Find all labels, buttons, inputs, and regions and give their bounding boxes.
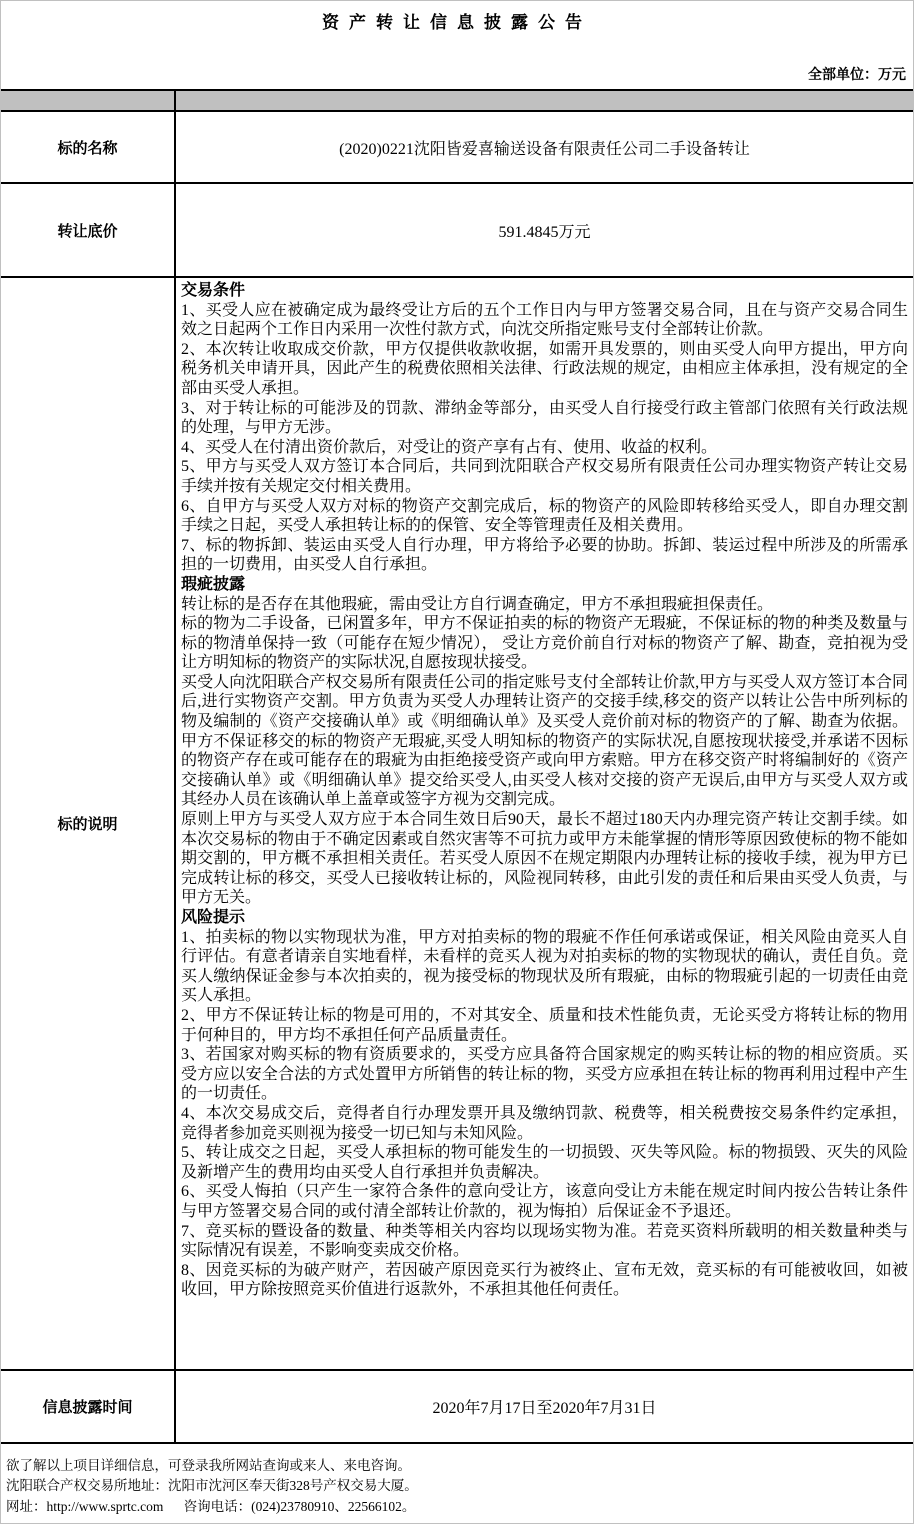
- units-note: 全部单位：万元: [808, 64, 906, 84]
- paragraph: 原则上甲方与买受人双方应于本合同生效日后90天，最长不超过180天内办理完资产转…: [181, 810, 908, 908]
- paragraph: 3、对于转让标的可能涉及的罚款、滞纳金等部分，由买受人自行接受行政主管部门依照有…: [181, 399, 908, 438]
- paragraph: 3、若国家对购买标的物有资质要求的，买受方应具备符合国家规定的购买转让标的物的相…: [181, 1045, 908, 1104]
- header-label-cell: [1, 91, 176, 110]
- announcement-page: 资产转让信息披露公告 全部单位：万元 标的名称 (2020)0221沈阳皆爱喜输…: [0, 0, 914, 1524]
- footer-line-website-phone: 网址：http://www.sprtc.com 咨询电话：(024)237809…: [6, 1497, 908, 1517]
- paragraph: 6、自甲方与买受人双方对标的物资产交割完成后，标的物资产的风险即转移给买受人，即…: [181, 497, 908, 536]
- base-price-label: 转让底价: [1, 184, 176, 276]
- paragraph: 1、买受人应在被确定成为最终受让方后的五个工作日内与甲方签署交易合同，且在与资产…: [181, 301, 908, 340]
- document-header: 资产转让信息披露公告 全部单位：万元: [1, 1, 913, 89]
- subject-description-label: 标的说明: [1, 278, 176, 1369]
- section-heading-risk-notice: 风险提示: [181, 908, 908, 928]
- subject-name-value: (2020)0221沈阳皆爱喜输送设备有限责任公司二手设备转让: [176, 112, 913, 182]
- document-footer: 欲了解以上项目详细信息，可登录我所网站查询或来人、来电咨询。 沈阳联合产权交易所…: [1, 1444, 913, 1523]
- header-value-cell: [176, 91, 913, 110]
- paragraph: 5、转让成交之日起，买受人承担标的物可能发生的一切损毁、灭失等风险。标的物损毁、…: [181, 1143, 908, 1182]
- base-price-value: 591.4845万元: [176, 184, 913, 276]
- table-row-subject-description: 标的说明 交易条件 1、买受人应在被确定成为最终受让方后的五个工作日内与甲方签署…: [1, 278, 913, 1371]
- paragraph: 标的物为二手设备，已闲置多年，甲方不保证拍卖的标的物资产无瑕疵，不保证标的物的种…: [181, 614, 908, 673]
- disclosure-period-label: 信息披露时间: [1, 1371, 176, 1442]
- disclosure-table: 标的名称 (2020)0221沈阳皆爱喜输送设备有限责任公司二手设备转让 转让底…: [1, 89, 913, 1444]
- paragraph: 2、本次转让收取成交价款，甲方仅提供收款收据，如需开具发票的，则由买受人向甲方提…: [181, 340, 908, 399]
- paragraph: 买受人向沈阳联合产权交易所有限责任公司的指定账号支付全部转让价款,甲方与买受人双…: [181, 673, 908, 810]
- table-row-subject-name: 标的名称 (2020)0221沈阳皆爱喜输送设备有限责任公司二手设备转让: [1, 112, 913, 184]
- disclosure-period-value: 2020年7月17日至2020年7月31日: [176, 1371, 913, 1442]
- footer-line-contact-note: 欲了解以上项目详细信息，可登录我所网站查询或来人、来电咨询。: [6, 1456, 908, 1476]
- subject-name-label: 标的名称: [1, 112, 176, 182]
- paragraph: 2、甲方不保证转让标的物是可用的，不对其安全、质量和技术性能负责，无论买受方将转…: [181, 1006, 908, 1045]
- paragraph: 8、因竞买标的为破产财产，若因破产原因竞买行为被终止、宣布无效，竞买标的有可能被…: [181, 1261, 908, 1300]
- table-row-base-price: 转让底价 591.4845万元: [1, 184, 913, 278]
- paragraph: 5、甲方与买受人双方签订本合同后，共同到沈阳联合产权交易所有限责任公司办理实物资…: [181, 457, 908, 496]
- table-header-row: [1, 91, 913, 112]
- paragraph: 7、标的物拆卸、装运由买受人自行办理，甲方将给予必要的协助。拆卸、装运过程中所涉…: [181, 536, 908, 575]
- paragraph: 转让标的是否存在其他瑕疵，需由受让方自行调查确定，甲方不承担瑕疵担保责任。: [181, 595, 908, 615]
- section-heading-defect-disclosure: 瑕疵披露: [181, 575, 908, 595]
- page-title: 资产转让信息披露公告: [1, 1, 913, 33]
- section-heading-trade-conditions: 交易条件: [181, 281, 908, 301]
- paragraph: 4、本次交易成交后，竞得者自行办理发票开具及缴纳罚款、税费等，相关税费按交易条件…: [181, 1104, 908, 1143]
- subject-description-text: 交易条件 1、买受人应在被确定成为最终受让方后的五个工作日内与甲方签署交易合同，…: [176, 278, 913, 1369]
- paragraph: 7、竞买标的暨设备的数量、种类等相关内容均以现场实物为准。若竞买资料所载明的相关…: [181, 1222, 908, 1261]
- table-row-disclosure-period: 信息披露时间 2020年7月17日至2020年7月31日: [1, 1371, 913, 1444]
- paragraph: 6、买受人悔拍（只产生一家符合条件的意向受让方，该意向受让方未能在规定时间内按公…: [181, 1182, 908, 1221]
- paragraph: 4、买受人在付清出资价款后，对受让的资产享有占有、使用、收益的权利。: [181, 438, 908, 458]
- footer-line-address: 沈阳联合产权交易所地址：沈阳市沈河区奉天街328号产权交易大厦。: [6, 1476, 908, 1496]
- paragraph: 1、拍卖标的物以实物现状为准，甲方对拍卖标的物的瑕疵不作任何承诺或保证，相关风险…: [181, 928, 908, 1006]
